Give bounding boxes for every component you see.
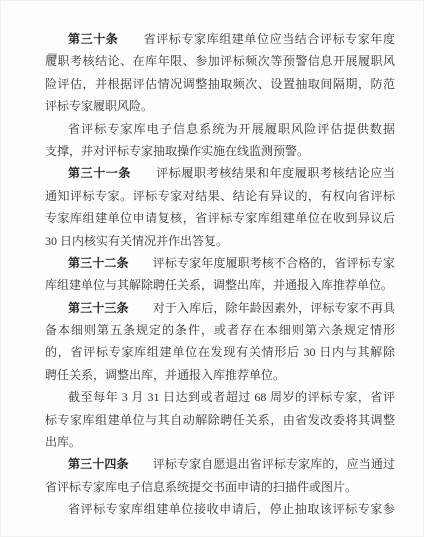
text-line: 第三十四条 评标专家自愿退出省评标专家库的，应当通过 [45,453,395,475]
text-line: 第三十一条 评标履职考核结果和年度履职考核结论应当 [45,162,395,184]
text-line: 通知评标专家。评标专家对结果、结论有异议的，有权向省评标 [45,185,395,207]
text-line: 评标专家履职风险。 [45,95,395,117]
text-line: 出库。 [45,431,395,453]
article-number: 第三十三条 [68,301,129,315]
text-line: 的，省评标专家库组建单位在发现有关情形后 30 日内与其解除 [45,341,395,363]
text-line: 险评估，并根据评估情况调整抽取频次、设置抽取间隔期，防范 [45,73,395,95]
text-block: 第三十条 省评标专家库组建单位应当结合评标专家年度履职考核结论、在库年限、参加评… [45,28,395,521]
text-line: 聘任关系，调整出库，并通报入库推荐单位。 [45,364,395,386]
article-number: 第三十一条 [68,166,131,180]
text-line: 截至每年 3 月 31 日达到或者超过 68 周岁的评标专家，省评 [45,386,395,408]
article-number: 第三十四条 [68,457,129,471]
text-line: 库组建单位与其解除聘任关系，调整出库，并通报入库推荐单位。 [45,274,395,296]
article-number: 第三十条 [68,32,118,46]
text-line: 30 日内核实有关情况并作出答复。 [45,230,395,252]
text-line: 支撑，并对评标专家抽取操作实施在线监测预警。 [45,140,395,162]
text-line: 第三十条 省评标专家库组建单位应当结合评标专家年度 [45,28,395,50]
text-line: 履职考核结论、在库年限、参加评标频次等预警信息开展履职风 [45,50,395,72]
article-number: 第三十二条 [68,256,129,270]
text-line: 备本细则第五条规定的条件，或者存在本细则第六条规定情形 [45,319,395,341]
text-line: 省评标专家库组建单位接收申请后，停止抽取该评标专家参 [45,498,395,520]
text-line: 省评标专家库电子信息系统为开展履职风险评估提供数据 [45,118,395,140]
text-line: 第三十二条 评标专家年度履职考核不合格的，省评标专家 [45,252,395,274]
text-line: 专家库组建单位申请复核，省评标专家库组建单位在收到异议后 [45,207,395,229]
text-line: 省评标专家库电子信息系统提交书面申请的扫描件或图片。 [45,476,395,498]
text-line: 标专家库组建单位与其自动解除聘任关系，由省发改委将其调整 [45,409,395,431]
text-line: 第三十三条 对于入库后，除年龄因素外，评标专家不再具 [45,297,395,319]
document-page: 第三十条 省评标专家库组建单位应当结合评标专家年度履职考核结论、在库年限、参加评… [0,0,424,537]
